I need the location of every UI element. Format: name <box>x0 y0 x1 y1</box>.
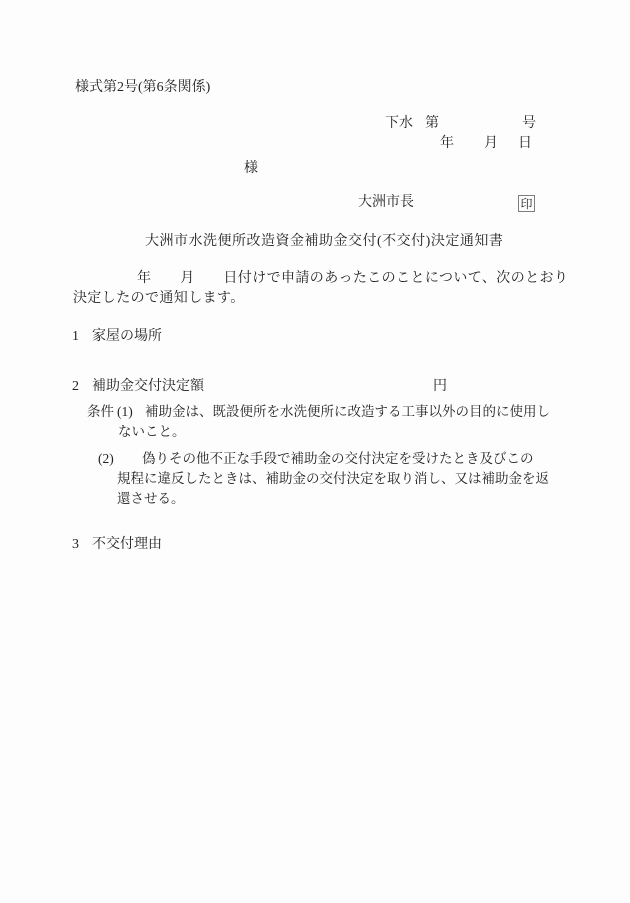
date-month-label: 月 <box>484 137 498 151</box>
condition-1-number: (1) <box>117 405 133 419</box>
doc-number-label: 第 <box>425 117 439 131</box>
addressee-honorific: 様 <box>244 162 258 176</box>
document-title: 大洲市水洗便所改造資金補助金交付(不交付)決定通知書 <box>145 235 503 249</box>
item-2-label: 補助金交付決定額 <box>92 380 204 394</box>
conditions-label: 条件 <box>87 405 114 419</box>
item-3-label: 不交付理由 <box>92 538 162 552</box>
condition-2-line-3: 還させる。 <box>117 492 185 506</box>
date-year-label: 年 <box>440 137 454 151</box>
notification-document-page: 様式第2号(第6条関係) 下水 第 号 年 月 日 様 大洲市長 印 大洲市水洗… <box>0 0 630 903</box>
body-line-1: 年 月 日付けで申請のあったこのことについて、次のとおり <box>137 272 568 286</box>
item-3-number: 3 <box>72 538 79 552</box>
condition-2-number: (2) <box>98 452 114 466</box>
official-seal-mark: 印 <box>518 195 535 212</box>
item-1-label: 家屋の場所 <box>92 330 162 344</box>
doc-number-prefix: 下水 <box>385 117 413 131</box>
condition-1-line-1: 補助金は、既設便所を水洗便所に改造する工事以外の目的に使用し <box>145 405 550 419</box>
doc-number-suffix: 号 <box>522 117 536 131</box>
condition-1-line-2: ないこと。 <box>118 425 186 439</box>
condition-2-line-1: 偽りその他不正な手段で補助金の交付決定を受けたとき及びこの <box>142 452 534 466</box>
item-1-number: 1 <box>72 330 79 344</box>
item-2-unit-yen: 円 <box>433 380 447 394</box>
form-number: 様式第2号(第6条関係) <box>75 81 210 95</box>
date-day-label: 日 <box>518 137 532 151</box>
item-2-number: 2 <box>72 380 79 394</box>
condition-2-line-2: 規程に違反したときは、補助金の交付決定を取り消し、又は補助金を返 <box>117 472 549 486</box>
sender-title: 大洲市長 <box>358 196 414 210</box>
body-line-2: 決定したので通知します。 <box>73 292 245 306</box>
